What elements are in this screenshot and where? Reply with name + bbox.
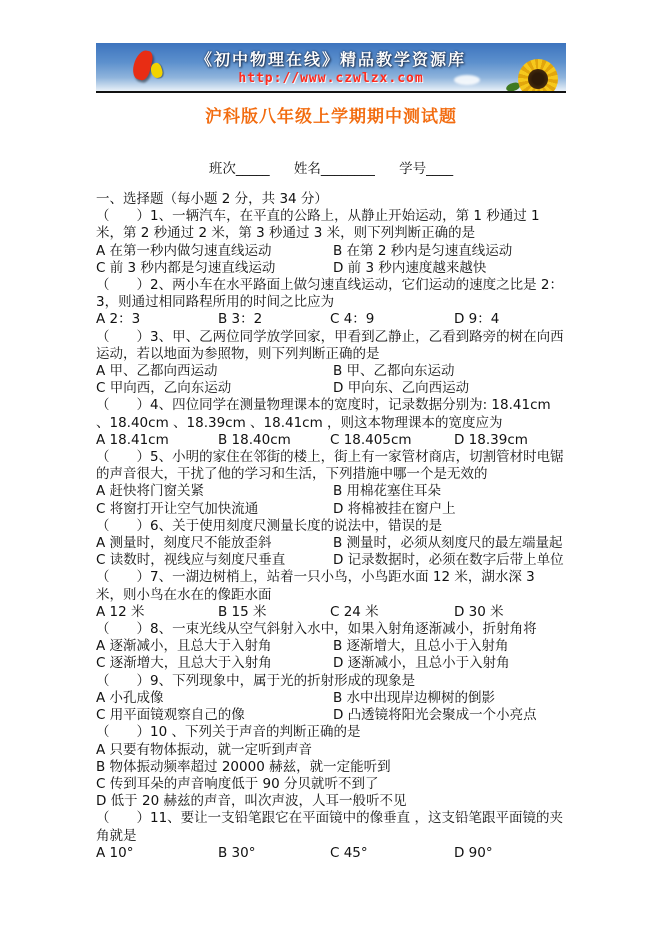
question: （ ）8、一束光线从空气斜射入水中，如果入射角逐渐减小，折射角将A 逐渐减小，且…: [96, 621, 566, 673]
option: B 3：2: [218, 311, 330, 328]
question-stem: （ ）2、两小车在水平路面上做匀速直线运动，它们运动的速度之比是 2：3，则通过…: [96, 277, 566, 311]
option: A 只要有物体振动，就一定听到声音: [96, 742, 566, 759]
option: B 水中出现岸边柳树的倒影: [333, 690, 566, 707]
page-title: 沪科版八年级上学期期中测试题: [96, 102, 566, 127]
question-stem: （ ）8、一束光线从空气斜射入水中，如果入射角逐渐减小，折射角将: [96, 621, 566, 638]
option: B 用棉花塞住耳朵: [333, 483, 566, 500]
option: A 18.41cm: [96, 432, 218, 449]
option: B 在第 2 秒内是匀速直线运动: [333, 243, 566, 260]
option: B 逐渐增大，且总小于入射角: [333, 638, 566, 655]
option: D 9：4: [454, 311, 566, 328]
option: A 小孔成像: [96, 690, 333, 707]
questions-list: （ ）1、一辆汽车，在平直的公路上，从静止开始运动，第 1 秒通过 1 米，第 …: [96, 208, 566, 862]
question-stem: （ ）6、关于使用刻度尺测量长度的说法中，错误的是: [96, 518, 566, 535]
question-stem: （ ）7、一湖边树梢上，站着一只小鸟，小鸟距水面 12 米，湖水深 3 米，则小…: [96, 569, 566, 603]
option: B 测量时，必须从刻度尺的最左端量起: [333, 535, 566, 552]
option: D 前 3 秒内速度越来越快: [333, 260, 566, 277]
option: C 甲向西，乙向东运动: [96, 380, 333, 397]
name-label: 姓名: [294, 161, 321, 177]
question-stem: （ ）11、要让一支铅笔跟它在平面镜中的像垂直 ，这支铅笔跟平面镜的夹角就是: [96, 810, 566, 844]
options-group: A 测量时，刻度尺不能放歪斜B 测量时，必须从刻度尺的最左端量起C 读数时，视线…: [96, 535, 566, 569]
question: （ ）10 、下列关于声音的判断正确的是A 只要有物体振动，就一定听到声音B 物…: [96, 724, 566, 810]
question: （ ）3、甲、乙两位同学放学回家，甲看到乙静止，乙看到路旁的树在向西运动，若以地…: [96, 329, 566, 398]
option: D 记录数据时，必须在数字后带上单位: [333, 552, 566, 569]
question: （ ）4、四位同学在测量物理课本的宽度时，记录数据分别为: 18.41cm 、1…: [96, 397, 566, 449]
option: C 24 米: [330, 604, 454, 621]
option: C 45°: [330, 845, 454, 862]
question-stem: （ ）5、小明的家住在邻街的楼上，街上有一家管材商店，切割管材时电锯的声音很大，…: [96, 449, 566, 483]
option: A 在第一秒内做匀速直线运动: [96, 243, 333, 260]
student-info-line: 班次_____ 姓名________ 学号____: [96, 157, 566, 177]
option: A 甲、乙都向西运动: [96, 363, 333, 380]
options-group: A 小孔成像B 水中出现岸边柳树的倒影C 用平面镜观察自己的像D 凸透镜将阳光会…: [96, 690, 566, 724]
option: D 90°: [454, 845, 566, 862]
option: B 物体振动频率超过 20000 赫兹，就一定能听到: [96, 759, 566, 776]
option: B 30°: [218, 845, 330, 862]
option: D 低于 20 赫兹的声音，叫次声波，人耳一般听不见: [96, 793, 566, 810]
question: （ ）11、要让一支铅笔跟它在平面镜中的像垂直 ，这支铅笔跟平面镜的夹角就是A …: [96, 810, 566, 862]
section-header: 一、选择题（每小题 2 分，共 34 分）: [96, 191, 566, 208]
option: A 测量时，刻度尺不能放歪斜: [96, 535, 333, 552]
id-label: 学号: [399, 161, 426, 177]
option: A 逐渐减小，且总大于入射角: [96, 638, 333, 655]
options-group: A 在第一秒内做匀速直线运动B 在第 2 秒内是匀速直线运动C 前 3 秒内都是…: [96, 243, 566, 277]
question: （ ）2、两小车在水平路面上做匀速直线运动，它们运动的速度之比是 2：3，则通过…: [96, 277, 566, 329]
option: B 15 米: [218, 604, 330, 621]
id-field: 学号____: [399, 161, 453, 177]
class-label: 班次: [209, 161, 236, 177]
question-stem: （ ）4、四位同学在测量物理课本的宽度时，记录数据分别为: 18.41cm 、1…: [96, 397, 566, 431]
options-group: A 逐渐减小，且总大于入射角B 逐渐增大，且总小于入射角C 逐渐增大，且总大于入…: [96, 638, 566, 672]
site-banner: 《初中物理在线》精品教学资源库 http://www.czwlzx.com: [96, 43, 566, 93]
name-field: 姓名________: [294, 161, 375, 177]
option: A 2：3: [96, 311, 218, 328]
option: A 10°: [96, 845, 218, 862]
option: D 逐渐减小，且总小于入射角: [333, 655, 566, 672]
option: C 将窗打开让空气加快流通: [96, 501, 333, 518]
question: （ ）5、小明的家住在邻街的楼上，街上有一家管材商店，切割管材时电锯的声音很大，…: [96, 449, 566, 518]
option: D 凸透镜将阳光会聚成一个小亮点: [333, 707, 566, 724]
question: （ ）6、关于使用刻度尺测量长度的说法中，错误的是A 测量时，刻度尺不能放歪斜B…: [96, 518, 566, 570]
question-stem: （ ）3、甲、乙两位同学放学回家，甲看到乙静止，乙看到路旁的树在向西运动，若以地…: [96, 329, 566, 363]
options-group: A 18.41cmB 18.40cmC 18.405cmD 18.39cm: [96, 432, 566, 449]
option: C 18.405cm: [330, 432, 454, 449]
option: B 甲、乙都向东运动: [333, 363, 566, 380]
option: D 将棉被挂在窗户上: [333, 501, 566, 518]
options-group: A 赶快将门窗关紧B 用棉花塞住耳朵C 将窗打开让空气加快流通D 将棉被挂在窗户…: [96, 483, 566, 517]
option: C 逐渐增大，且总大于入射角: [96, 655, 333, 672]
option: C 传到耳朵的声音响度低于 90 分贝就听不到了: [96, 776, 566, 793]
name-blank: ________: [321, 161, 375, 177]
option: C 用平面镜观察自己的像: [96, 707, 333, 724]
banner-text: 《初中物理在线》精品教学资源库 http://www.czwlzx.com: [96, 47, 566, 86]
option: C 读数时，视线应与刻度尺垂直: [96, 552, 333, 569]
question: （ ）7、一湖边树梢上，站着一只小鸟，小鸟距水面 12 米，湖水深 3 米，则小…: [96, 569, 566, 621]
class-blank: _____: [236, 161, 270, 177]
class-field: 班次_____: [209, 161, 270, 177]
banner-site-title: 《初中物理在线》精品教学资源库: [96, 47, 566, 70]
id-blank: ____: [426, 161, 453, 177]
sunflower-image: [518, 59, 558, 93]
options-group: A 甲、乙都向西运动B 甲、乙都向东运动C 甲向西，乙向东运动D 甲向东、乙向西…: [96, 363, 566, 397]
question: （ ）9、下列现象中，属于光的折射形成的现象是A 小孔成像B 水中出现岸边柳树的…: [96, 673, 566, 725]
document-page: 《初中物理在线》精品教学资源库 http://www.czwlzx.com 沪科…: [0, 0, 661, 862]
options-group: A 2：3B 3：2C 4：9D 9：4: [96, 311, 566, 328]
option: D 18.39cm: [454, 432, 566, 449]
option: A 赶快将门窗关紧: [96, 483, 333, 500]
cloud-image: [454, 75, 480, 85]
options-group: A 12 米B 15 米C 24 米D 30 米: [96, 604, 566, 621]
option: C 前 3 秒内都是匀速直线运动: [96, 260, 333, 277]
question: （ ）1、一辆汽车，在平直的公路上，从静止开始运动，第 1 秒通过 1 米，第 …: [96, 208, 566, 277]
options-group: A 10°B 30°C 45°D 90°: [96, 845, 566, 862]
option: B 18.40cm: [218, 432, 330, 449]
question-stem: （ ）10 、下列关于声音的判断正确的是: [96, 724, 566, 741]
option: C 4：9: [330, 311, 454, 328]
options-group: A 只要有物体振动，就一定听到声音B 物体振动频率超过 20000 赫兹，就一定…: [96, 742, 566, 811]
question-stem: （ ）1、一辆汽车，在平直的公路上，从静止开始运动，第 1 秒通过 1 米，第 …: [96, 208, 566, 242]
banner-site-url: http://www.czwlzx.com: [96, 71, 566, 86]
option: A 12 米: [96, 604, 218, 621]
option: D 甲向东、乙向西运动: [333, 380, 566, 397]
question-stem: （ ）9、下列现象中，属于光的折射形成的现象是: [96, 673, 566, 690]
option: D 30 米: [454, 604, 566, 621]
